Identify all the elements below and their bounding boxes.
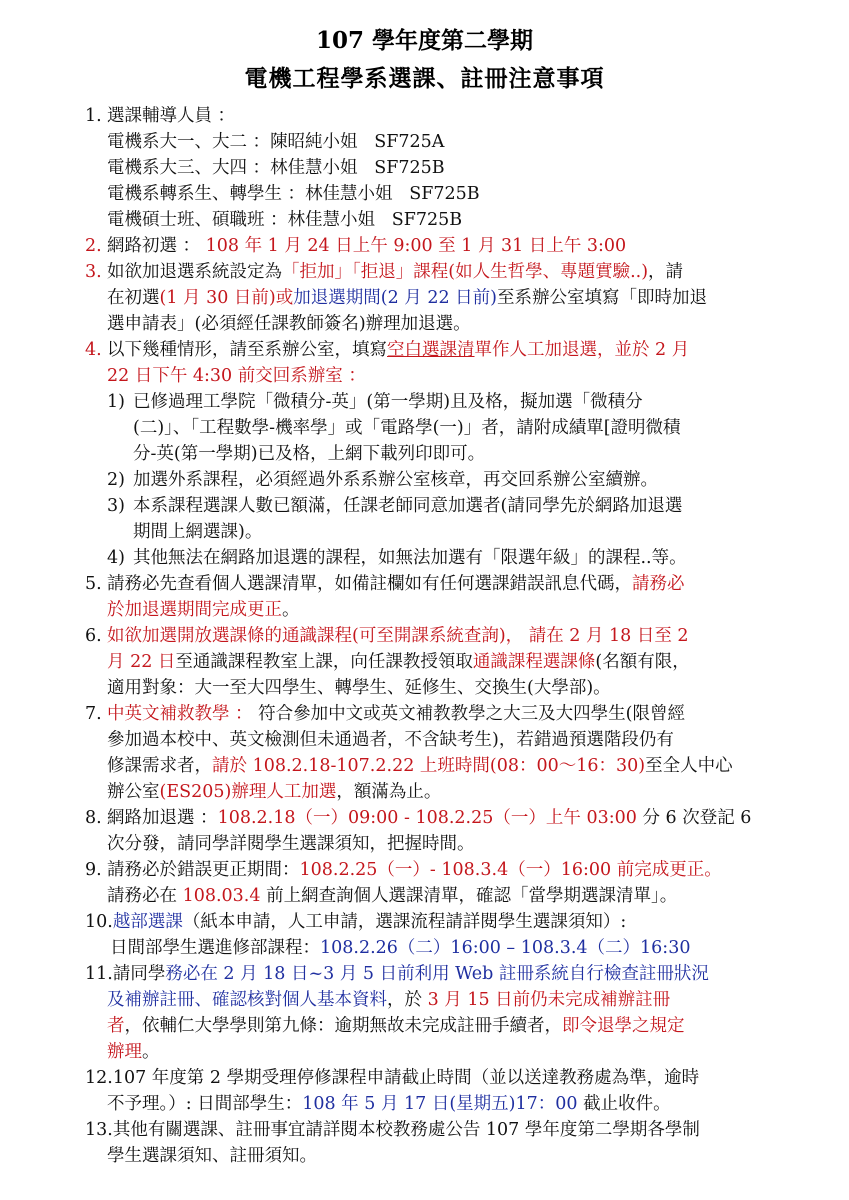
item-number: 5.	[85, 573, 107, 595]
contact-group: 電機系大一、大二 ：	[107, 132, 270, 152]
sub-text: 其他無法在網路加退選的課程，如無法加選有「限選年級」的課程..等。	[133, 548, 687, 568]
item-text: 網路加退選 ：	[107, 808, 218, 828]
item-11-line-2: 及補辦註冊、確認核對個人基本資料，於 3 月 15 日前仍未完成補辦註冊	[107, 989, 670, 1011]
item-text: 不予理。）: 日間部學生：	[107, 1094, 302, 1114]
item-number: 4.	[85, 339, 107, 361]
sub-item-3: 3)本系課程選課人數已額滿，任課老師同意加選者(請同學先於網路加退選	[107, 495, 682, 517]
contact-group: 電機系轉系生、轉學生 ：	[107, 184, 305, 204]
item-text: 108.2.26（二）16:00 – 108.3.4（二）16:30	[320, 938, 690, 958]
item-text: ，依輔仁大學學則第九條：逾期無故未完成註冊手續者，	[125, 1016, 563, 1036]
sub-item-1-line-3: 分-英(第一學期)已及格，上網下載列印即可。	[133, 443, 485, 465]
item-7-line-2: 參加過本校中、英文檢測但未通過者，不含缺考生)，若錯過預選階段仍有	[107, 729, 674, 751]
item-text: 請於 108.2.18-107.2.22 上班時間(08：00～16：30)	[212, 756, 645, 776]
item-number: 2.	[85, 235, 107, 257]
item-7-line-4: 辦公室(ES205)辦理人工加選，額滿為止。	[107, 781, 441, 803]
sub-item-4: 4)其他無法在網路加退選的課程，如無法加選有「限選年級」的課程..等。	[107, 547, 687, 569]
item-text: 於加退選期間完成更正	[107, 600, 282, 620]
sub-text: 已修過理工學院「微積分-英」(第一學期)且及格，擬加選「微積分	[133, 392, 643, 412]
item-text: 參加過本校中、英文檢測但未通過者，不含缺考生)，若錯過預選階段仍有	[107, 730, 674, 750]
item-text: 108.2.18（一）09:00 - 108.2.25（一）上午 03:00	[218, 808, 637, 828]
item-number: 9.	[85, 859, 107, 881]
contact-room: SF725B	[392, 210, 462, 230]
item-8: 8.網路加退選 ：108.2.18（一）09:00 - 108.2.25（一）上…	[85, 807, 751, 829]
item-text: 以下幾種情形，請至系辦公室，填寫	[107, 340, 387, 360]
item-text: 108.2.25（一）- 108.3.4（一）16:00 前完成更正。	[300, 860, 722, 880]
item-11: 11.請同學務必在 2 月 18 日~3 月 5 日前利用 Web 註冊系統自行…	[85, 963, 709, 985]
item-text: 分 6 次登記 6	[637, 808, 752, 828]
document-page: 107 學年度第二學期 電機工程學系選課、註冊注意事項 1.選課輔導人員 ： 電…	[0, 0, 849, 1200]
item-text: 請同學	[113, 964, 166, 984]
sub-text: 分-英(第一學期)已及格，上網下載列印即可。	[133, 444, 485, 464]
item-text: 選申請表」(必須經任課教師簽名)辦理加退選。	[107, 314, 471, 334]
contact-name: 林佳慧小姐	[270, 158, 358, 178]
item-text: 其他有關選課、註冊事宜請詳閱本校教務處公告 107 學年度第二學期各學制	[113, 1120, 700, 1140]
title-line-1: 107 學年度第二學期	[0, 22, 849, 55]
item-text: 22 日下午 4:30 前交回系辦室 ：	[107, 366, 366, 386]
item-text: 及補辦註冊、確認核對個人基本資料	[107, 990, 387, 1010]
item-4: 4.以下幾種情形，請至系辦公室，填寫空白選課清單作人工加退選，並於 2 月	[85, 339, 689, 361]
item-text: 至系辦公室填寫「即時加退	[497, 288, 707, 308]
item-11-line-4: 辦理。	[107, 1041, 160, 1063]
item-text: 學生選課須知、註冊須知。	[107, 1146, 317, 1166]
item-text: 至通識課程教室上課，向任課教授領取	[175, 652, 473, 672]
item-2: 2.網路初選 ： 108 年 1 月 24 日上午 9:00 至 1 月 31 …	[85, 235, 626, 257]
item-6-line-3: 適用對象：大一至大四學生、轉學生、延修生、交換生(大學部)。	[107, 677, 611, 699]
item-7-line-3: 修課需求者，請於 108.2.18-107.2.22 上班時間(08：00～16…	[107, 755, 733, 777]
item-13: 13.其他有關選課、註冊事宜請詳閱本校教務處公告 107 學年度第二學期各學制	[85, 1119, 700, 1141]
sub-text: 本系課程選課人數已額滿，任課老師同意加選者(請同學先於網路加退選	[133, 496, 682, 516]
item-number: 12.	[85, 1067, 113, 1089]
item-text: ，於	[387, 990, 428, 1010]
item-text: 。	[142, 1042, 160, 1062]
item-text: 108.03.4	[183, 886, 261, 906]
contact-row: 電機碩士班、碩職班 ：林佳慧小姐 SF725B	[107, 209, 462, 231]
item-text: 「拒加」「拒退」課程(如人生哲學、專題實驗..)	[282, 262, 648, 282]
contact-row: 電機系大三、大四 ：林佳慧小姐 SF725B	[107, 157, 445, 179]
sub-item-1-line-2: (二)」、「工程數學-機率學」或「電路學(一)」者，請附成績單[證明微積	[133, 417, 681, 439]
item-3: 3.如欲加退選系統設定為「拒加」「拒退」課程(如人生哲學、專題實驗..)，請	[85, 261, 683, 283]
contact-row: 電機系轉系生、轉學生 ：林佳慧小姐 SF725B	[107, 183, 480, 205]
item-text: （紙本申請，人工申請，選課流程請詳閱學生選課須知）:	[183, 912, 626, 932]
item-text: 通識課程選課條	[473, 652, 596, 672]
item-text: 次分發，請同學詳閱學生選課須知，把握時間。	[107, 834, 475, 854]
sub-text: 加選外系課程，必須經過外系系辦公室核章，再交回系辦公室續辦。	[133, 470, 658, 490]
item-text: 108 年 5 月 17 日(星期五)17：00	[302, 1094, 577, 1114]
sub-item-1: 1)已修過理工學院「微積分-英」(第一學期)且及格，擬加選「微積分	[107, 391, 643, 413]
item-11-line-3: 者，依輔仁大學學則第九條：逾期無故未完成註冊手續者，即令退學之規定	[107, 1015, 685, 1037]
item-9: 9.請務必於錯誤更正期間：108.2.25（一）- 108.3.4（一）16:0…	[85, 859, 722, 881]
item-number: 1.	[85, 105, 107, 127]
item-6: 6.如欲加選開放選課條的通識課程(可至開課系統查詢)， 請在 2 月 18 日至…	[85, 625, 689, 647]
item-text: 前上網查詢個人選課清單，確認「當學期選課清單」。	[261, 886, 678, 906]
item-text: 截止收件。	[578, 1094, 671, 1114]
item-number: 3.	[85, 261, 107, 283]
item-text: 至全人中心	[645, 756, 733, 776]
item-text: 請務必	[632, 574, 685, 594]
contact-group: 電機系大三、大四 ：	[107, 158, 270, 178]
contact-room: SF725A	[374, 132, 444, 152]
item-1: 1.選課輔導人員 ：	[85, 105, 235, 127]
item-text: 適用對象：大一至大四學生、轉學生、延修生、交換生(大學部)。	[107, 678, 611, 698]
item-text: 日間部學生選進修部課程：	[110, 938, 320, 958]
preselection-period: 108 年 1 月 24 日上午 9:00 至 1 月 31 日上午 3:00	[206, 236, 627, 256]
item-7: 7.中英文補救教學 ： 符合參加中文或英文補教教學之大三及大四學生(限曾經	[85, 703, 685, 725]
item-text: 中英文補救教學 ：	[107, 704, 253, 724]
item-text: ，請	[648, 262, 683, 282]
item-12: 12.107 年度第 2 學期受理停修課程申請截止時間（並以送達教務處為準，逾時	[85, 1067, 699, 1089]
item-13-line-2: 學生選課須知、註冊須知。	[107, 1145, 317, 1167]
item-number: 6.	[85, 625, 107, 647]
contact-name: 林佳慧小姐	[288, 210, 376, 230]
blank-form-link: 空白選課清	[387, 340, 475, 360]
item-6-line-2: 月 22 日至通識課程教室上課，向任課教授領取通識課程選課條(名額有限，	[107, 651, 690, 673]
item-text: (名額有限，	[595, 652, 689, 672]
item-10: 10.越部選課（紙本申請，人工申請，選課流程請詳閱學生選課須知）:	[85, 911, 626, 933]
item-text: ，額滿為止。	[336, 782, 441, 802]
item-number: 8.	[85, 807, 107, 829]
sub-text: 期間上網選課)。	[133, 522, 262, 542]
item-text: 修課需求者，	[107, 756, 212, 776]
title-line-2: 電機工程學系選課、註冊注意事項	[0, 60, 849, 93]
item-12-line-2: 不予理。）: 日間部學生：108 年 5 月 17 日(星期五)17：00 截止…	[107, 1093, 671, 1115]
item-text: 務必在 2 月 18 日~3 月 5 日前利用 Web 註冊系統自行檢查註冊狀況	[165, 964, 709, 984]
item-3-line-2: 在初選(1 月 30 日前)或加退選期間(2 月 22 日前)至系辦公室填寫「即…	[107, 287, 707, 309]
item-text: (1 月 30 日前)或	[160, 288, 294, 308]
contact-name: 林佳慧小姐	[305, 184, 393, 204]
contact-name: 陳昭純小姐	[270, 132, 358, 152]
item-text: 辦理	[107, 1042, 142, 1062]
item-text: 如欲加退選系統設定為	[107, 262, 282, 282]
item-text: 月 22 日	[107, 652, 175, 672]
contact-row: 電機系大一、大二 ：陳昭純小姐 SF725A	[107, 131, 444, 153]
item-text: 請務必於錯誤更正期間：	[107, 860, 300, 880]
item-text: 即令退學之規定	[562, 1016, 685, 1036]
item-text: 網路初選 ：	[107, 236, 200, 256]
item-text: 107 年度第 2 學期受理停修課程申請截止時間（並以送達教務處為準，逾時	[113, 1068, 699, 1088]
item-8-line-2: 次分發，請同學詳閱學生選課須知，把握時間。	[107, 833, 475, 855]
sub-number: 3)	[107, 495, 133, 517]
item-text: 3 月 15 日前仍未完成補辦註冊	[428, 990, 671, 1010]
item-text: 選課輔導人員 ：	[107, 106, 235, 126]
item-text: 者	[107, 1016, 125, 1036]
item-9-line-2: 請務必在 108.03.4 前上網查詢個人選課清單，確認「當學期選課清單」。	[107, 885, 677, 907]
item-text: 符合參加中文或英文補教教學之大三及大四學生(限曾經	[253, 704, 685, 724]
sub-item-3-line-2: 期間上網選課)。	[133, 521, 262, 543]
item-number: 11.	[85, 963, 113, 985]
item-text: 越部選課	[113, 912, 183, 932]
sub-item-2: 2)加選外系課程，必須經過外系系辦公室核章，再交回系辦公室續辦。	[107, 469, 658, 491]
sub-text: (二)」、「工程數學-機率學」或「電路學(一)」者，請附成績單[證明微積	[133, 418, 681, 438]
sub-number: 2)	[107, 469, 133, 491]
item-text: 請務必在	[107, 886, 183, 906]
item-number: 7.	[85, 703, 107, 725]
item-text: 單作人工加退選，並於 2 月	[475, 340, 690, 360]
item-text: (ES205)辦理人工加選	[160, 782, 337, 802]
contact-room: SF725B	[374, 158, 444, 178]
contact-group: 電機碩士班、碩職班 ：	[107, 210, 288, 230]
item-text: 在初選	[107, 288, 160, 308]
item-number: 13.	[85, 1119, 113, 1141]
item-text: 加退選期間(2 月 22 日前)	[293, 288, 497, 308]
sub-number: 1)	[107, 391, 133, 413]
item-text: 請務必先查看個人選課清單，如備註欄如有任何選課錯誤訊息代碼，	[107, 574, 632, 594]
item-text: 辦公室	[107, 782, 160, 802]
item-3-line-3: 選申請表」(必須經任課教師簽名)辦理加退選。	[107, 313, 471, 335]
contact-room: SF725B	[409, 184, 479, 204]
item-5-line-2: 於加退選期間完成更正。	[107, 599, 300, 621]
item-text: 。	[282, 600, 300, 620]
item-5: 5.請務必先查看個人選課清單，如備註欄如有任何選課錯誤訊息代碼，請務必	[85, 573, 685, 595]
item-4-line-2: 22 日下午 4:30 前交回系辦室 ：	[107, 365, 366, 387]
item-number: 10.	[85, 911, 113, 933]
item-text: 如欲加選開放選課條的通識課程(可至開課系統查詢)， 請在 2 月 18 日至 2	[107, 626, 689, 646]
item-10-line-2: 日間部學生選進修部課程：108.2.26（二）16:00 – 108.3.4（二…	[110, 937, 690, 959]
sub-number: 4)	[107, 547, 133, 569]
